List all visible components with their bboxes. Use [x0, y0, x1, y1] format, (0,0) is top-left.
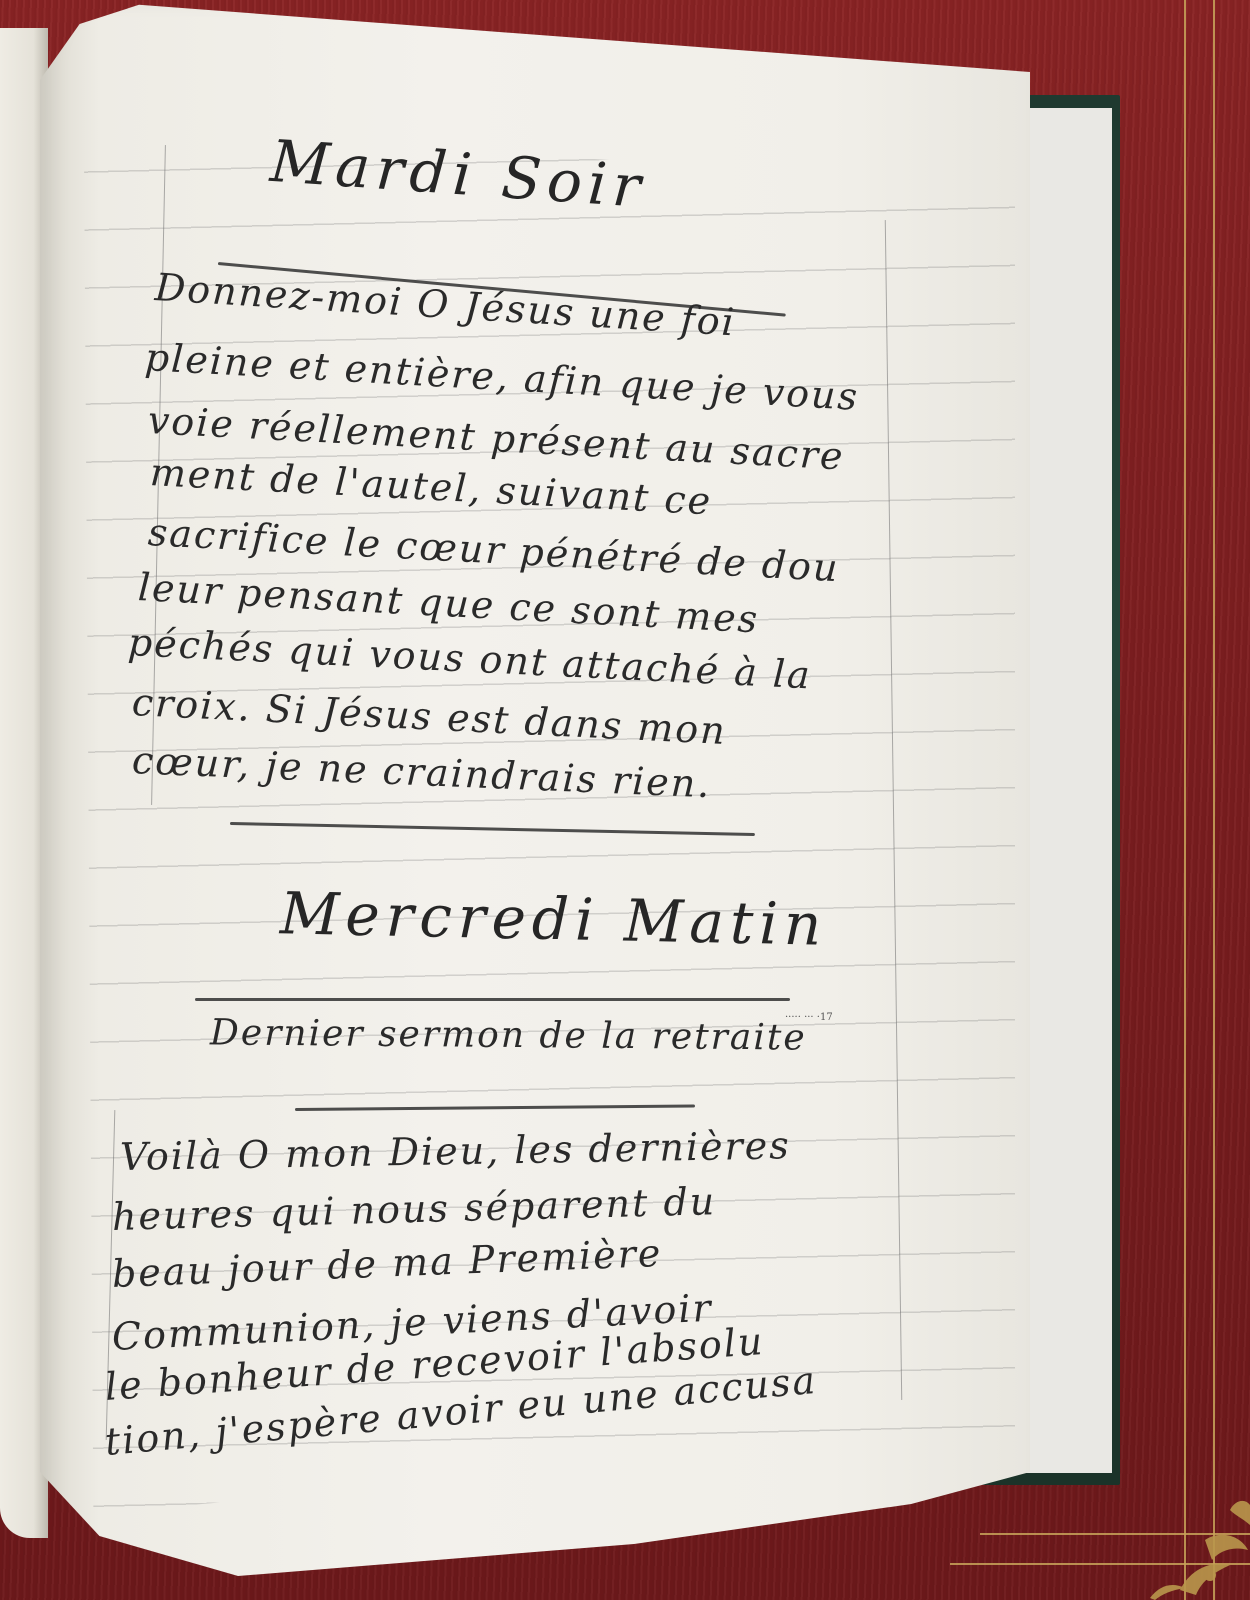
section-subheading: Dernier sermon de la retraite — [210, 1012, 807, 1058]
gilt-border-line — [1213, 0, 1215, 1600]
gilt-floral-ornament-icon — [1110, 1480, 1250, 1600]
section-heading: Mercredi Matin — [279, 879, 828, 958]
gilt-border-line — [1184, 0, 1186, 1600]
heading-underline — [195, 998, 790, 1001]
stamp-mark: ····· ··· ·17 — [785, 1012, 833, 1023]
